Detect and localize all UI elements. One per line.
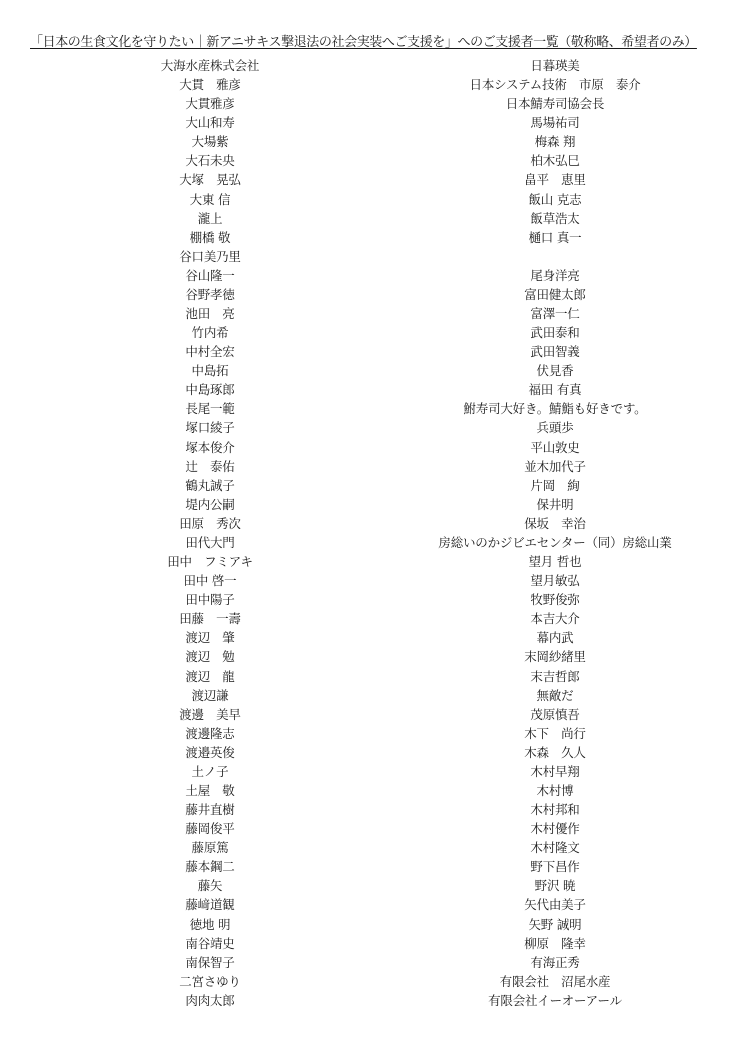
supporter-name: 並木加代子 (395, 457, 715, 476)
supporter-name: 渡辺 肇 (110, 628, 310, 647)
supporter-name: 渡邊 美早 (110, 705, 310, 724)
supporter-name: 矢野 誠明 (395, 915, 715, 934)
supporter-name: 大海水産株式会社 (110, 56, 310, 75)
supporter-name: 田中 啓一 (110, 571, 310, 590)
supporter-name: 田中陽子 (110, 590, 310, 609)
supporter-name: 牧野俊弥 (395, 590, 715, 609)
supporter-name: 有限会社イーオーアール (395, 991, 715, 1010)
supporter-name: 池田 亮 (110, 304, 310, 323)
supporter-name: 堤内公嗣 (110, 495, 310, 514)
supporter-name: 中島琢郎 (110, 380, 310, 399)
supporter-name: 望月敏弘 (395, 571, 715, 590)
supporter-name: 中村全宏 (110, 342, 310, 361)
supporter-name: 日本システム技術 市原 泰介 (395, 75, 715, 94)
supporter-name: 富田健太郎 (395, 285, 715, 304)
supporter-name: 渡辺 勉 (110, 647, 310, 666)
supporter-name: 茂原慎吾 (395, 705, 715, 724)
supporter-name: 南谷靖史 (110, 934, 310, 953)
supporter-list-right: 日暮瑛美日本システム技術 市原 泰介日本鯖寿司協会長馬場祐司梅森 翔柏木弘巳畠平… (395, 56, 715, 1010)
supporter-name: 田藤 一壽 (110, 609, 310, 628)
supporter-name: 大塚 晃弘 (110, 170, 310, 189)
supporter-name: 土ノ子 (110, 762, 310, 781)
supporter-name: 柏木弘巳 (395, 151, 715, 170)
supporter-name: 柳原 隆幸 (395, 934, 715, 953)
supporter-name: 馬場祐司 (395, 113, 715, 132)
supporter-name: 末岡紗緒里 (395, 647, 715, 666)
supporter-name: 徳地 明 (110, 915, 310, 934)
supporter-name: 富澤一仁 (395, 304, 715, 323)
supporter-name: 南保智子 (110, 953, 310, 972)
supporter-name: 竹内希 (110, 323, 310, 342)
supporter-name: 保井明 (395, 495, 715, 514)
supporter-name: 塚本俊介 (110, 438, 310, 457)
supporter-name: 保坂 幸治 (395, 514, 715, 533)
supporter-name: 木下 尚行 (395, 724, 715, 743)
supporter-name: 谷口美乃里 (110, 247, 310, 266)
document-title: 「日本の生食文化を守りたい｜新アニサキス撃退法の社会実装へご支援を」へのご支援者… (30, 35, 710, 51)
supporter-name: 二宮さゆり (110, 972, 310, 991)
supporter-name: 樋口 真一 (395, 228, 715, 247)
supporter-name: 大東 信 (110, 190, 310, 209)
supporter-name: 木村早翔 (395, 762, 715, 781)
supporter-name: 野下昌作 (395, 857, 715, 876)
supporter-name: 矢代由美子 (395, 895, 715, 914)
supporter-name: 田原 秀次 (110, 514, 310, 533)
supporter-name: 大場紫 (110, 132, 310, 151)
supporter-name: 尾身洋亮 (395, 266, 715, 285)
supporter-name: 兵頭歩 (395, 418, 715, 437)
supporter-name: 藤﨑道観 (110, 895, 310, 914)
supporter-name: 瀧上 (110, 209, 310, 228)
supporter-name: 中島拓 (110, 361, 310, 380)
supporter-name: 望月 哲也 (395, 552, 715, 571)
supporter-name: 片岡 絢 (395, 476, 715, 495)
supporter-list-left: 大海水産株式会社大貫 雅彦大貫雅彦大山和寿大場紫大石未央大塚 晃弘大東 信瀧上棚… (110, 56, 310, 1010)
supporter-name: 有限会社 沼尾水産 (395, 972, 715, 991)
supporter-name: 平山敦史 (395, 438, 715, 457)
supporter-name: 無敵だ (395, 686, 715, 705)
supporter-name: 藤井直樹 (110, 800, 310, 819)
supporter-name: 幕内武 (395, 628, 715, 647)
supporter-name: 渡辺謙 (110, 686, 310, 705)
supporter-name: 肉肉太郎 (110, 991, 310, 1010)
supporter-name: 谷山隆一 (110, 266, 310, 285)
supporter-name: 末吉哲郎 (395, 667, 715, 686)
supporter-name: 福田 有真 (395, 380, 715, 399)
supporter-name: 鶴丸誠子 (110, 476, 310, 495)
supporter-name: 鮒寿司大好き。鯖鮨も好きです。 (395, 399, 715, 418)
supporter-name: 大貫雅彦 (110, 94, 310, 113)
supporter-name: 谷野孝徳 (110, 285, 310, 304)
supporter-name: 大石未央 (110, 151, 310, 170)
supporter-name: 田中 フミアキ (110, 552, 310, 571)
supporter-name: 日本鯖寿司協会長 (395, 94, 715, 113)
supporter-name: 畠平 恵里 (395, 170, 715, 189)
supporter-name: 藤本鋼二 (110, 857, 310, 876)
supporter-name: 藤矢 (110, 876, 310, 895)
supporter-name: 藤岡俊平 (110, 819, 310, 838)
supporter-name: 日暮瑛美 (395, 56, 715, 75)
supporter-name: 飯草浩太 (395, 209, 715, 228)
supporter-name: 木村優作 (395, 819, 715, 838)
supporter-name: 大山和寿 (110, 113, 310, 132)
supporter-name: 渡邉英俊 (110, 743, 310, 762)
supporter-name: 飯山 克志 (395, 190, 715, 209)
supporter-name: 木村博 (395, 781, 715, 800)
supporter-name: 木森 久人 (395, 743, 715, 762)
supporter-name: 伏見香 (395, 361, 715, 380)
supporter-name: 武田泰和 (395, 323, 715, 342)
supporter-name: 有海正秀 (395, 953, 715, 972)
supporter-name: 本吉大介 (395, 609, 715, 628)
supporter-name: 藤原篤 (110, 838, 310, 857)
supporter-name: 長尾一範 (110, 399, 310, 418)
supporter-name: 辻 泰佑 (110, 457, 310, 476)
supporter-name: 房総いのかジビエセンター（同）房総山業 (395, 533, 715, 552)
supporter-name: 棚橋 敬 (110, 228, 310, 247)
supporter-name: 渡辺 龍 (110, 667, 310, 686)
supporter-name: 梅森 翔 (395, 132, 715, 151)
supporter-name: 塚口綾子 (110, 418, 310, 437)
supporter-name: 田代大門 (110, 533, 310, 552)
supporter-name: 木村隆文 (395, 838, 715, 857)
supporter-name: 渡邊隆志 (110, 724, 310, 743)
supporter-name: 土屋 敬 (110, 781, 310, 800)
supporter-name: 武田智義 (395, 342, 715, 361)
supporter-name: 野沢 暁 (395, 876, 715, 895)
supporter-name (395, 247, 715, 266)
supporter-name: 木村邦和 (395, 800, 715, 819)
supporter-name: 大貫 雅彦 (110, 75, 310, 94)
